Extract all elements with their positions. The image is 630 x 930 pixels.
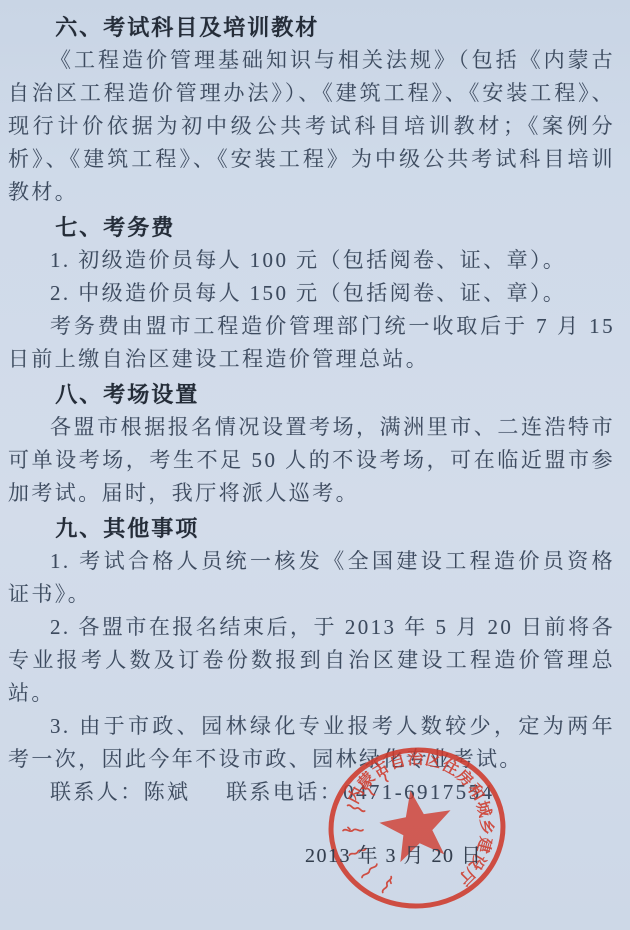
section-other-matters: 九、其他事项 1. 考试合格人员统一核发《全国建设工程造价员资格证书》。 2. … [8,512,615,776]
section-heading: 八、考场设置 [55,378,615,411]
contact-person: 联系人：陈斌 [50,780,190,804]
paragraph: 《工程造价管理基础知识与相关法规》（包括《内蒙古自治区工程造价管理办法》）、《建… [8,44,615,209]
section-heading: 九、其他事项 [55,512,615,545]
section-heading: 六、考试科目及培训教材 [55,11,615,44]
issue-date: 2013 年 3 月 20 日 [305,844,483,868]
section-exam-fees: 七、考务费 1. 初级造价员每人 100 元（包括阅卷、证、章）。 2. 中级造… [8,211,615,376]
paragraph: 2. 中级造价员每人 150 元（包括阅卷、证、章）。 [8,277,615,310]
scanned-document-page: 六、考试科目及培训教材 《工程造价管理基础知识与相关法规》（包括《内蒙古自治区工… [0,0,630,930]
paragraph: 1. 初级造价员每人 100 元（包括阅卷、证、章）。 [8,244,615,277]
paragraph: 2. 各盟市在报名结束后，于 2013 年 5 月 20 日前将各专业报考人数及… [8,611,615,710]
paragraph: 各盟市根据报名情况设置考场，满洲里市、二连浩特市可单设考场，考生不足 50 人的… [8,411,615,510]
paragraph: 考务费由盟市工程造价管理部门统一收取后于 7 月 15 日前上缴自治区建设工程造… [8,310,615,376]
paragraph: 1. 考试合格人员统一核发《全国建设工程造价员资格证书》。 [8,545,615,611]
section-exam-subjects: 六、考试科目及培训教材 《工程造价管理基础知识与相关法规》（包括《内蒙古自治区工… [8,11,615,209]
section-exam-venues: 八、考场设置 各盟市根据报名情况设置考场，满洲里市、二连浩特市可单设考场，考生不… [8,378,615,510]
official-seal: 内蒙古自治区住房和城乡建设厅 [311,726,524,929]
section-heading: 七、考务费 [55,211,615,244]
